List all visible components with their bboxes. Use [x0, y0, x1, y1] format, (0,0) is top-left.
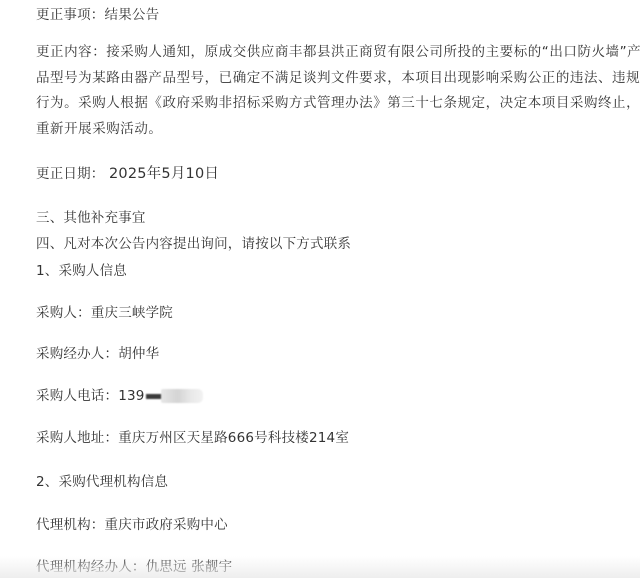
section-contact-intro: 四、凡对本次公告内容提出询问，请按以下方式联系	[36, 232, 351, 252]
purchaser-address-row: 采购人地址：重庆万州区天星路666号科技楼214室	[36, 426, 349, 446]
purchaser-address-label: 采购人地址：	[36, 430, 118, 446]
correction-content-line-2: 品型号为某路由器产品型号，已确定不满足谈判文件要求，本项目出现影响采购公正的违法…	[36, 66, 640, 92]
agency-agent-value: 仇思远 张靓宇	[146, 559, 233, 575]
purchaser-phone-label: 采购人电话：	[36, 388, 118, 404]
purchaser-agent-row: 采购经办人：胡仲华	[36, 342, 159, 362]
correction-content-label: 更正内容：	[36, 44, 106, 60]
correction-content-line-1: 更正内容：接采购人通知，原成交供应商丰都县洪正商贸有限公司所投的主要标的“出口防…	[36, 40, 640, 66]
agency-heading: 2、采购代理机构信息	[36, 470, 168, 490]
correction-content-line-3: 行为。采购人根据《政府采购非招标采购方式管理办法》第三十七条规定，决定本项目采购…	[36, 91, 640, 117]
agency-name-row: 代理机构：重庆市政府采购中心	[36, 513, 228, 533]
correction-date-label: 更正日期：	[36, 166, 105, 182]
purchaser-name-label: 采购人：	[36, 305, 91, 321]
correction-content-paragraph: 更正内容：接采购人通知，原成交供应商丰都县洪正商贸有限公司所投的主要标的“出口防…	[36, 40, 640, 142]
agency-agent-label: 代理机构经办人：	[36, 559, 146, 575]
purchaser-phone-row: 采购人电话：139	[36, 384, 204, 404]
purchaser-address-value: 重庆万州区天星路666号科技楼214室	[118, 430, 349, 446]
correction-item-row: 更正事项：结果公告	[36, 3, 159, 23]
purchaser-name-row: 采购人：重庆三峡学院	[36, 301, 173, 321]
agency-name-value: 重庆市政府采购中心	[105, 517, 228, 533]
purchaser-agent-value: 胡仲华	[118, 346, 159, 362]
purchaser-agent-label: 采购经办人：	[36, 346, 118, 362]
agency-agent-row: 代理机构经办人：仇思远 张靓宇	[36, 555, 232, 575]
purchaser-name-value: 重庆三峡学院	[91, 305, 173, 321]
correction-item-label: 更正事项：	[36, 7, 105, 23]
purchaser-heading: 1、采购人信息	[36, 259, 127, 279]
section-other-matters: 三、其他补充事宜	[36, 206, 146, 226]
redacted-phone-mask	[146, 389, 204, 403]
agency-name-label: 代理机构：	[36, 517, 105, 533]
correction-date-value: 2025年5月10日	[109, 166, 219, 182]
correction-item-value: 结果公告	[105, 7, 160, 23]
purchaser-phone-value: 139	[118, 388, 144, 404]
correction-date-row: 更正日期： 2025年5月10日	[36, 162, 219, 183]
correction-content-line-4: 重新开展采购活动。	[36, 117, 640, 143]
